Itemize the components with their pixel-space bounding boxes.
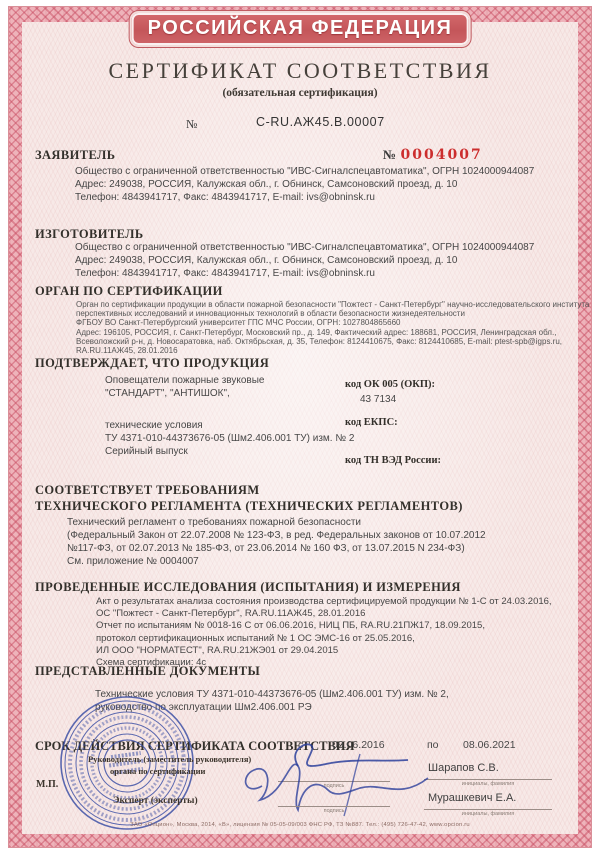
- product-name-line: "СТАНДАРТ", "АНТИШОК",: [105, 387, 265, 400]
- applicant-line: Адрес: 249038, РОССИЯ, Калужская обл., г…: [75, 178, 534, 191]
- certification-body-details: Орган по сертификации продукции в област…: [76, 300, 589, 355]
- head-signature-line: [278, 781, 390, 782]
- product-tu: технические условия ТУ 4371-010-44373676…: [105, 419, 354, 458]
- product-tu-line: технические условия: [105, 419, 354, 432]
- compliance-heading-2: ТЕХНИЧЕСКОГО РЕГЛАМЕНТА (ТЕХНИЧЕСКИХ РЕГ…: [35, 499, 463, 514]
- research-line: Отчет по испытаниям № 0018-16 С от 06.06…: [96, 620, 552, 632]
- certification-body-line: Адрес: 196105, РОССИЯ, г. Санкт-Петербур…: [76, 328, 589, 337]
- product-name: Оповещатели пожарные звуковые "СТАНДАРТ"…: [105, 374, 265, 400]
- research-line: ИЛ ООО "НОРМАТЕСТ", RA.RU.21ЖЭ01 от 29.0…: [96, 645, 552, 657]
- product-tu-line: Серийный выпуск: [105, 445, 354, 458]
- country-banner: РОССИЙСКАЯ ФЕДЕРАЦИЯ: [132, 13, 469, 45]
- research-line: ОС "Пожтест - Санкт-Петербург", RA.RU.11…: [96, 608, 552, 620]
- product-heading: ПОДТВЕРЖДАЕТ, ЧТО ПРОДУКЦИЯ: [35, 356, 269, 371]
- applicant-details: Общество с ограниченной ответственностью…: [75, 165, 534, 204]
- certification-body-line: RA.RU.11АЖ45, 28.01.2016: [76, 346, 589, 355]
- head-role-line1: Руководитель (заместитель руководителя): [88, 754, 251, 764]
- expert-name-line: [424, 809, 552, 810]
- certificate-subtitle: (обязательная сертификация): [0, 87, 600, 99]
- research-line: Акт о результатах анализа состояния прои…: [96, 596, 552, 608]
- research-details: Акт о результатах анализа состояния прои…: [96, 596, 552, 669]
- ekps-code-label: код ЕКПС:: [345, 417, 398, 428]
- stamp-place-mark: М.П.: [36, 779, 58, 790]
- expert-name-caption: инициалы, фамилия: [424, 811, 552, 817]
- compliance-line: (Федеральный Закон от 22.07.2008 № 123-Ф…: [67, 529, 486, 542]
- compliance-details: Технический регламент о требованиях пожа…: [67, 516, 486, 568]
- research-heading: ПРОВЕДЕННЫЕ ИССЛЕДОВАНИЯ (ИСПЫТАНИЯ) И И…: [35, 580, 461, 595]
- validity-from-date: 09.06.2016: [332, 739, 385, 751]
- head-role-line2: органа по сертификации: [110, 766, 205, 776]
- head-name-line: [424, 779, 552, 780]
- expert-signature-line: [278, 806, 390, 807]
- validity-to-date: 08.06.2021: [463, 739, 516, 751]
- compliance-line: Технический регламент о требованиях пожа…: [67, 516, 486, 529]
- certificate-number-sign: №: [186, 117, 197, 132]
- certification-body-heading: ОРГАН ПО СЕРТИФИКАЦИИ: [35, 284, 223, 299]
- documents-heading: ПРЕДСТАВЛЕННЫЕ ДОКУМЕНТЫ: [35, 664, 260, 679]
- certification-body-line: Всеволожский р-н, д. Новосаратовка, наб.…: [76, 337, 589, 346]
- manufacturer-details: Общество с ограниченной ответственностью…: [75, 241, 534, 280]
- blank-serial-number-digits: 0004007: [401, 147, 483, 163]
- product-tu-line: ТУ 4371-010-44373676-05 (Шм2.406.001 ТУ)…: [105, 432, 354, 445]
- expert-signature-caption: подпись: [278, 808, 390, 814]
- validity-from-label: с: [298, 739, 303, 751]
- blank-serial-number: № 0004007: [383, 146, 483, 164]
- certification-body-line: перспективных исследований и инновационн…: [76, 309, 589, 318]
- manufacturer-line: Телефон: 4843941717, Факс: 4843941717, E…: [75, 267, 534, 280]
- research-line: протокол сертификационных испытаний № 1 …: [96, 633, 552, 645]
- blank-serial-number-sign: №: [383, 147, 396, 162]
- certificate-page: РОССИЙСКАЯ ФЕДЕРАЦИЯ СЕРТИФИКАТ СООТВЕТС…: [0, 0, 600, 856]
- manufacturer-line: Общество с ограниченной ответственностью…: [75, 241, 534, 254]
- head-name: Шарапов С.В.: [428, 762, 499, 774]
- okp-code-value: 43 7134: [360, 394, 396, 405]
- certificate-number-value: C-RU.АЖ45.B.00007: [256, 115, 385, 129]
- head-name-caption: инициалы, фамилия: [424, 781, 552, 787]
- head-signature-caption: подпись: [278, 783, 390, 789]
- manufacturer-line: Адрес: 249038, РОССИЯ, Калужская обл., г…: [75, 254, 534, 267]
- expert-name: Мурашкевич Е.А.: [428, 792, 516, 804]
- applicant-line: Телефон: 4843941717, Факс: 4843941717, E…: [75, 191, 534, 204]
- manufacturer-heading: ИЗГОТОВИТЕЛЬ: [35, 227, 144, 242]
- certificate-title: СЕРТИФИКАТ СООТВЕТСТВИЯ: [0, 58, 600, 84]
- tnved-code-label: код ТН ВЭД России:: [345, 455, 441, 466]
- certification-body-line: Орган по сертификации продукции в област…: [76, 300, 589, 309]
- compliance-line: См. приложение № 0004007: [67, 555, 486, 568]
- applicant-line: Общество с ограниченной ответственностью…: [75, 165, 534, 178]
- certification-body-line: ФГБОУ ВО Санкт-Петербургский университет…: [76, 318, 589, 327]
- validity-to-label: по: [427, 739, 439, 751]
- okp-code-label: код ОК 005 (ОКП):: [345, 379, 435, 390]
- country-banner-label: РОССИЙСКАЯ ФЕДЕРАЦИЯ: [148, 17, 453, 39]
- applicant-heading: ЗАЯВИТЕЛЬ: [35, 148, 115, 163]
- expert-role: Эксперт (эксперты): [113, 796, 198, 806]
- compliance-line: №117-ФЗ, от 02.07.2013 № 185-ФЗ, от 23.0…: [67, 542, 486, 555]
- compliance-heading-1: СООТВЕТСТВУЕТ ТРЕБОВАНИЯМ: [35, 483, 260, 498]
- product-name-line: Оповещатели пожарные звуковые: [105, 374, 265, 387]
- printer-imprint: ЗАО «Опцион», Москва, 2014, «В», лицензи…: [0, 822, 600, 828]
